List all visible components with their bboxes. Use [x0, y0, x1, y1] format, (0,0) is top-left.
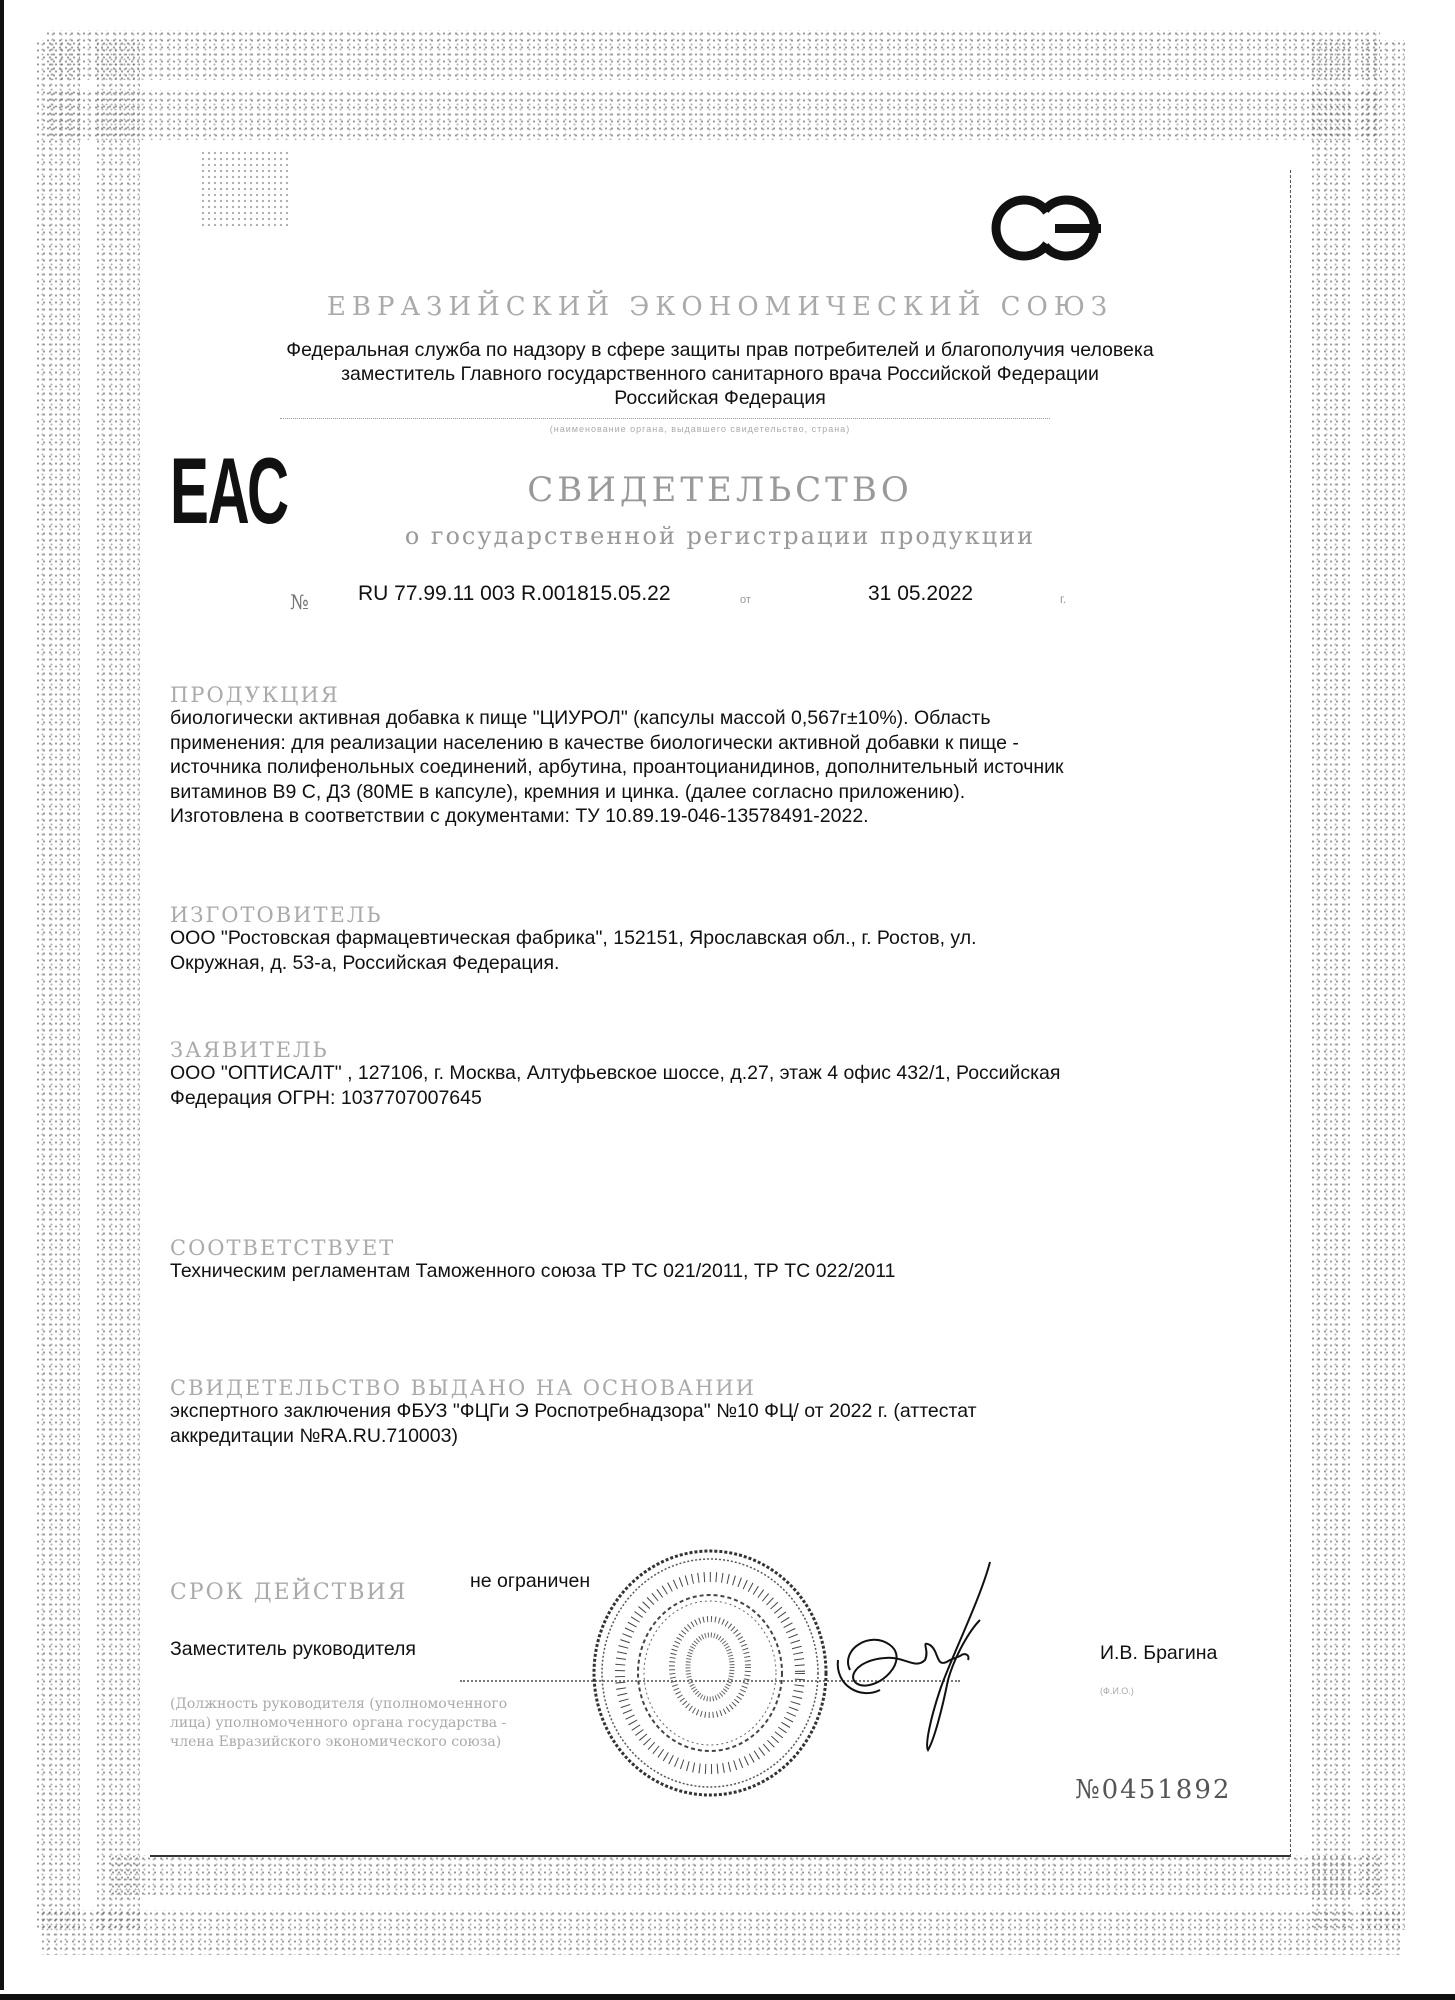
text-line: биологически активная добавка к пище "ЦИ… — [170, 706, 1280, 731]
footnote-line: лица) уполномоченного органа государства… — [170, 1714, 507, 1733]
document-title: СВИДЕТЕЛЬСТВО — [150, 470, 1290, 510]
position-footnote: (Должность руководителя (уполномоченного… — [170, 1695, 507, 1752]
section-basis: СВИДЕТЕЛЬСТВО ВЫДАНО НА ОСНОВАНИИ экспер… — [170, 1375, 1280, 1448]
section-text: ООО "ОПТИСАЛТ" , 127106, г. Москва, Алту… — [170, 1061, 1280, 1110]
section-text: биологически активная добавка к пище "ЦИ… — [170, 706, 1280, 829]
registration-date: 31 05.2022 — [868, 582, 973, 606]
serial-number: №0451892 — [1075, 1775, 1231, 1805]
authority-caption: (наименование органа, выдавшего свидетел… — [400, 424, 1000, 434]
section-text: экспертного заключения ФБУЗ "ФЦГи Э Росп… — [170, 1399, 1280, 1448]
section-label: ИЗГОТОВИТЕЛЬ — [170, 902, 1280, 926]
faded-mark — [200, 150, 290, 230]
section-label: ЗАЯВИТЕЛЬ — [170, 1037, 1280, 1061]
date-label: от — [740, 594, 751, 606]
footnote-line: члена Евразийского экономического союза) — [170, 1733, 507, 1752]
registration-number: RU 77.99.11 003 R.001815.05.22 — [358, 582, 671, 606]
text-line: ООО "Ростовская фармацевтическая фабрика… — [170, 926, 1280, 951]
text-line: источника полифенольных соединений, арбу… — [170, 755, 1280, 780]
text-line: Федерация ОГРН: 1037707007645 — [170, 1086, 1280, 1111]
ornamental-border — [35, 40, 80, 1930]
ornamental-border — [45, 30, 1380, 80]
authority-line: Федеральная служба по надзору в сфере за… — [150, 338, 1290, 362]
section-text: Техническим регламентам Таможенного союз… — [170, 1259, 1280, 1284]
section-product: ПРОДУКЦИЯ биологически активная добавка … — [170, 682, 1280, 829]
text-line: Техническим регламентам Таможенного союз… — [170, 1259, 1280, 1284]
validity-value: не ограничен — [470, 1570, 590, 1593]
section-text: ООО "Ростовская фармацевтическая фабрика… — [170, 926, 1280, 975]
section-label: СВИДЕТЕЛЬСТВО ВЫДАНО НА ОСНОВАНИИ — [170, 1375, 1280, 1399]
ornamental-border — [45, 90, 1380, 140]
ornamental-border — [1360, 40, 1405, 1930]
text-line: Окружная, д. 53-а, Российская Федерация. — [170, 951, 1280, 976]
ornamental-border — [110, 1855, 1380, 1895]
ornamental-border — [95, 40, 140, 1930]
text-line: витаминов В9 С, Д3 (80МЕ в капсуле), кре… — [170, 780, 1280, 805]
text-line: применения: для реализации населению в к… — [170, 731, 1280, 756]
year-suffix: г. — [1060, 592, 1066, 606]
text-line: ООО "ОПТИСАЛТ" , 127106, г. Москва, Алту… — [170, 1061, 1280, 1086]
page-edge — [0, 0, 4, 1990]
section-label: СООТВЕТСТВУЕТ — [170, 1235, 1280, 1259]
ornamental-border — [1310, 40, 1350, 1930]
validity-label: СРОК ДЕЙСТВИЯ — [170, 1580, 407, 1605]
signatory-name: И.В. Брагина — [1100, 1642, 1217, 1665]
divider — [280, 418, 1050, 419]
text-line: Изготовлена в соответствии с документами… — [170, 804, 1280, 829]
section-manufacturer: ИЗГОТОВИТЕЛЬ ООО "Ростовская фармацевтич… — [170, 902, 1280, 975]
authority-line: Российская Федерация — [150, 386, 1290, 410]
se-logo-icon — [985, 192, 1125, 264]
authority-ghost-title: ЕВРАЗИЙСКИЙ ЭКОНОМИЧЕСКИЙ СОЮЗ — [150, 292, 1290, 322]
name-caption: (Ф.И.О.) — [1100, 1686, 1134, 1696]
signatory-role: Заместитель руководителя — [170, 1638, 416, 1661]
section-label: ПРОДУКЦИЯ — [170, 682, 1280, 706]
section-applicant: ЗАЯВИТЕЛЬ ООО "ОПТИСАЛТ" , 127106, г. Мо… — [170, 1037, 1280, 1110]
footnote-line: (Должность руководителя (уполномоченного — [170, 1695, 507, 1714]
section-conforms: СООТВЕТСТВУЕТ Техническим регламентам Та… — [170, 1235, 1280, 1284]
text-line: аккредитации №RA.RU.710003) — [170, 1424, 1280, 1449]
page-edge — [0, 1994, 1455, 2000]
signature-icon — [830, 1560, 1040, 1760]
document-subtitle: о государственной регистрации продукции — [150, 522, 1290, 550]
number-mark: № — [290, 590, 309, 614]
official-seal-icon — [588, 1545, 833, 1800]
ornamental-border — [40, 1910, 1400, 1955]
authority-line: заместитель Главного государственного са… — [150, 362, 1290, 386]
text-line: экспертного заключения ФБУЗ "ФЦГи Э Росп… — [170, 1399, 1280, 1424]
